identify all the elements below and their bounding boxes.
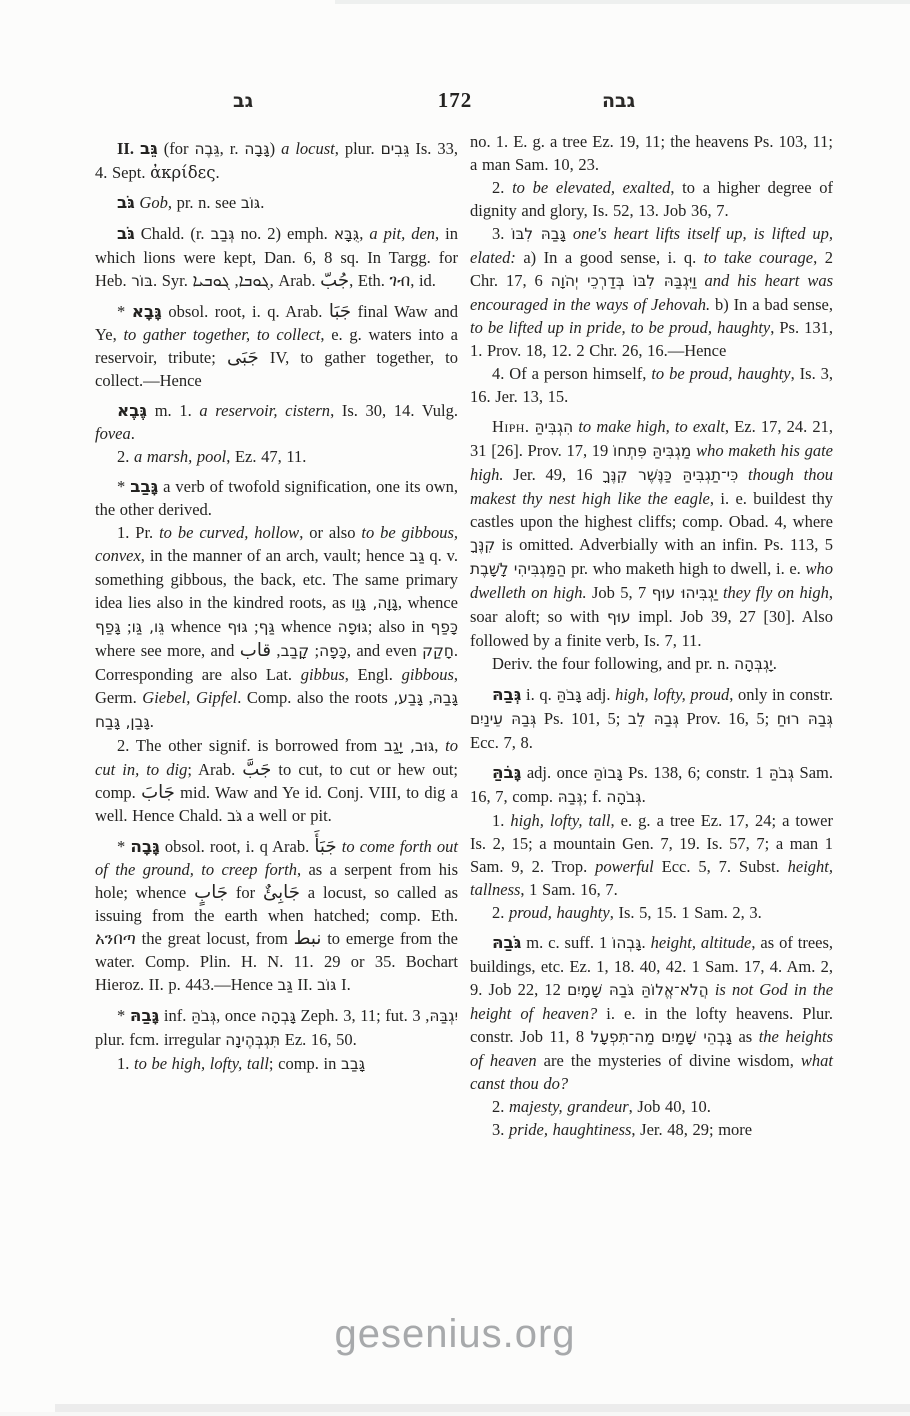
arabic-text: جَبَا (329, 301, 351, 322)
arabic-text: قاب (240, 640, 271, 661)
text: . (150, 712, 154, 731)
italic-text: fovea (95, 424, 131, 443)
italic-text: to make high, to exalt (578, 417, 725, 436)
text: , (271, 641, 281, 660)
text: 3. (492, 224, 511, 243)
text: whence (164, 617, 227, 636)
hebrew-text: גֵּבִים (381, 140, 410, 158)
text: . (260, 193, 264, 212)
text: , Arab. (270, 271, 320, 290)
text: no. 1. E. g. a tree Ez. 19, 11; the heav… (470, 132, 833, 174)
italic-text: they fly on high (723, 583, 829, 602)
hebrew-text: גָּבָה (244, 140, 269, 158)
hebrew-headword: גָּבֹהַּ (492, 762, 521, 782)
syriac-text: ܓܘܒܐ (239, 271, 270, 290)
text: , (230, 271, 239, 290)
hebrew-text: גַּב (278, 976, 293, 994)
page-number: 172 (0, 88, 910, 113)
text: a well or pit. (242, 806, 332, 825)
text: . Syr. (153, 271, 193, 290)
hebrew-text: מַה־תִּפְעָל (591, 1028, 655, 1046)
hebrew-text: גּוּף (227, 618, 247, 636)
text: m. c. suff. (521, 933, 599, 952)
hebrew-text: חָקַק (422, 642, 454, 660)
text: 2. (117, 447, 134, 466)
text: , Jer. 48, 29; more (631, 1120, 752, 1139)
text: 2. (492, 1097, 509, 1116)
text: , and even (347, 641, 422, 660)
text: . Comp. also the roots (237, 688, 393, 707)
hebrew-text: גָּוָה, גָּוַו (351, 594, 397, 612)
hebrew-text: גָּבֹהַּ (556, 686, 581, 704)
paragraph: 2. to be elevated, exalted, to a higher … (470, 176, 833, 222)
text: . (131, 424, 135, 443)
text: . (215, 163, 219, 182)
italic-text: pride, haughtiness (509, 1120, 631, 1139)
text: , pr. n. see (168, 193, 241, 212)
text: is omitted. Adverbially with an infin. P… (495, 535, 833, 554)
text: II. (293, 975, 317, 994)
text: , plur. (335, 139, 381, 158)
text: whence (275, 617, 338, 636)
text: the great locust, from (136, 929, 294, 948)
hebrew-text: גְּבַהּ רוּחַ (777, 710, 833, 728)
arabic-text: نبط (294, 928, 322, 949)
text: ; f. (583, 787, 606, 806)
hebrew-text: קִנֶּךָ (470, 536, 495, 554)
arabic-text: جُبّ (320, 270, 349, 291)
paragraph: 1. to be high, lofty, tall; comp. in גָּ… (95, 1052, 458, 1076)
text: * (117, 477, 130, 496)
bold-text: II. (117, 139, 140, 158)
text: 2. The other signif. is borrowed from (117, 736, 384, 755)
hebrew-text: גְּבֹהַּ (769, 764, 794, 782)
text: Job 5, 7 (587, 583, 652, 602)
text: 1. (117, 1054, 134, 1073)
entry-paragraph: * גָּבַהּ inf. גְּבֹהַּ, once גָּבְהָה Z… (95, 1004, 458, 1052)
hebrew-headword: גָּבַהּ (130, 1005, 159, 1025)
hebrew-text: גְּבַהּ (558, 788, 583, 806)
entry-paragraph: גֹּב Gob, pr. n. see גּוֹב. (95, 191, 458, 215)
italic-text: to be curved, hollow (159, 523, 299, 542)
paragraph: 2. a marsh, pool, Ez. 47, 11. (95, 445, 458, 468)
text: ; (309, 641, 319, 660)
hebrew-text: הַמַּגְבִּיהִי לָשָׁבֶת (470, 560, 566, 578)
hebrew-text: גּוֹב (241, 194, 260, 212)
arabic-text: جَابٍ (194, 882, 228, 903)
arabic-text: جَبَى (227, 347, 259, 368)
hebrew-text: גָּבַהּ לִבּוֹ (511, 225, 566, 243)
hebrew-text: כָּפַף (431, 618, 458, 636)
hebrew-headword: גֶּבֶא (117, 400, 147, 420)
hebrew-text: גָּבְהָה (261, 1007, 296, 1025)
text: , Eth. (349, 271, 389, 290)
text: . (773, 654, 777, 673)
italic-text: high, lofty, tall (510, 811, 610, 830)
text: as (732, 1027, 759, 1046)
italic-text: high, lofty, proud (615, 685, 729, 704)
text: , id. (410, 271, 436, 290)
text: , Ez. 47, 11. (226, 447, 306, 466)
text: m. 1. (147, 401, 199, 420)
paragraph: 3. pride, haughtiness, Jer. 48, 29; more (470, 1118, 833, 1141)
text: a) In a good sense, i. q. (516, 248, 704, 267)
hebrew-headword: גֹּב (117, 192, 135, 212)
italic-text: a reservoir, cistern (199, 401, 330, 420)
italic-text: height, altitude (651, 933, 752, 952)
entry-paragraph: גֹּב Chald. (r. גְּבַב no. 2) emph. גֻּב… (95, 222, 458, 293)
page-header: גב 172 גבה (0, 88, 910, 120)
hebrew-headword: גָּבַב (130, 476, 158, 496)
hebrew-text: גָּפַף (95, 618, 121, 636)
entry-paragraph: גָּבֹהַּ adj. once גָּבוֹהַּ Ps. 138, 6;… (470, 761, 833, 809)
paragraph: 1. high, lofty, tall, e. g. a tree Ez. 1… (470, 809, 833, 901)
text: , r. (220, 139, 245, 158)
hebrew-headword: גְּבַהּ (492, 684, 521, 704)
paragraph: Deriv. the four following, and pr. n. יָ… (470, 652, 833, 676)
arabic-text: جَبَّ (242, 759, 271, 780)
text: ; (248, 617, 259, 636)
entry-paragraph: גֹּבַהּ m. c. suff. גָּבְהוֹ 1. height, … (470, 931, 833, 1095)
entry-paragraph: Hiph. הִגְבִּיהַּ to make high, to exalt… (470, 415, 833, 652)
text: * (117, 302, 132, 321)
italic-text: a marsh, pool (134, 447, 226, 466)
text: , only in constr. (729, 685, 833, 704)
hebrew-text: גָּבַהּ (433, 689, 458, 707)
left-column: II. גֵּב (for גֵּבֶה, r. גָּבָה) a locus… (95, 130, 458, 1076)
scan-artifact-top (335, 0, 910, 4)
text: 1. Pr. (117, 523, 159, 542)
text: for (228, 883, 263, 902)
text: Ez. 16, 50. (280, 1030, 357, 1049)
paragraph: 3. גָּבַהּ לִבּוֹ one's heart lifts itse… (470, 222, 833, 362)
arabic-text: جَابِئٌ (263, 882, 300, 903)
text: obsol. root, i. q. Arab. (162, 302, 329, 321)
hebrew-text: גְּבַב (211, 225, 235, 243)
hebrew-text: גֵּו, גַּו (132, 618, 165, 636)
text: Deriv. the four following, and pr. n. (492, 654, 734, 673)
smallcaps-text: Hiph. (492, 417, 529, 436)
italic-text: majesty, grandeur (509, 1097, 629, 1116)
hebrew-text: הִגְבִּיהַּ (535, 418, 574, 436)
hebrew-text: עוּף (607, 608, 631, 626)
text: Prov. 16, 5; (679, 709, 777, 728)
hebrew-text: גְּבֹהָה (606, 788, 641, 806)
text: pr. who maketh high to dwell, i. e. (566, 559, 805, 578)
text: ; (121, 617, 132, 636)
hebrew-text: גָּבְהוֹ (612, 934, 641, 952)
paragraph: 2. proud, haughty, Is. 5, 15. 1 Sam. 2, … (470, 901, 833, 924)
header-right-keyword: גבה (602, 90, 635, 112)
hebrew-text: גֹּב (227, 807, 242, 825)
text (738, 465, 748, 484)
hebrew-text: גּוּב, יָגַב (384, 737, 434, 755)
text: i. q. (521, 685, 556, 704)
text: , 1 Sam. 16, 7. (520, 880, 617, 899)
arabic-text: جَبَأَ (314, 836, 336, 857)
scan-artifact-bottom-edge (0, 1412, 910, 1416)
text: Chald. (r. (135, 224, 211, 243)
text: b) In a bad sense, (710, 295, 833, 314)
text: I. (336, 975, 350, 994)
hebrew-text: גְּבַהּ עֵינַיִם (470, 710, 536, 728)
hebrew-text: הֲלֹא־אֱלוֹהַּ גֹּבַהּ שָׁמָיִם (567, 981, 709, 999)
hebrew-text: גְּבַהּ לֵב (628, 710, 679, 728)
hebrew-text: יִגְבַּהּ (429, 1007, 458, 1025)
text: 3. (492, 1120, 509, 1139)
text: , (423, 688, 433, 707)
text: , Job 40, 10. (629, 1097, 711, 1116)
hebrew-text: וַיִּגְבַּהּ לִבּוֹ בְּדַרְכֵי יְהֹוָה (551, 272, 697, 290)
text: ; Arab. (187, 760, 242, 779)
hebrew-text: יַגְבִּיהוּ עוּף (652, 584, 718, 602)
text: , Is. 5, 15. 1 Sam. 2, 3. (610, 903, 762, 922)
italic-text: to be proud, haughty (651, 364, 790, 383)
text: 2. (492, 178, 512, 197)
text: 4. Of a person himself, (492, 364, 651, 383)
paragraph: 1. Pr. to be curved, hollow, or also to … (95, 521, 458, 734)
italic-text: gibbous (402, 665, 454, 684)
text: , Engl. (345, 665, 402, 684)
hebrew-text: כִּי־תַגְבִּיהַּ כַּנֶּשֶׁר קִנֶּךָ (602, 466, 738, 484)
hebrew-text: גּוֹב (317, 976, 336, 994)
text: Zeph. 3, 11; fut. (296, 1006, 412, 1025)
text: inf. (159, 1006, 191, 1025)
text: , or also (299, 523, 361, 542)
text: Ps. 101, 5; (536, 709, 628, 728)
text: Ecc. 7, 8. (470, 733, 533, 752)
ethiopic-text: አንበጣ (95, 929, 136, 948)
text: ; also in (368, 617, 431, 636)
text: * (117, 837, 130, 856)
hebrew-headword: גֵּב (140, 138, 158, 158)
hebrew-headword: גָּבָה (130, 836, 159, 856)
text: adj. (582, 685, 616, 704)
hebrew-text: יָגְבְּהָה (734, 655, 773, 673)
greek-text: ἀκρίδες (150, 163, 215, 182)
italic-text: a pit, den (369, 224, 435, 243)
italic-text: to take courage (704, 248, 813, 267)
italic-text: to gather together, to collect (123, 325, 320, 344)
ethiopic-text: ገብ (390, 271, 411, 290)
italic-text: gibbus (301, 665, 345, 684)
text: Ps. 138, 6; constr. (623, 763, 755, 782)
paragraph: 4. Of a person himself, to be proud, hau… (470, 362, 833, 408)
arabic-text: جَابَ (141, 782, 175, 803)
hebrew-headword: גֹּב (117, 223, 135, 243)
hebrew-text: גָּבַב (341, 1055, 365, 1073)
text: * (117, 1006, 130, 1025)
text: (for (158, 139, 195, 158)
text: , in the manner of an arch, vault; hence (141, 546, 410, 565)
text: where see more, and (95, 641, 240, 660)
text: Jer. 49, 16 (503, 465, 602, 484)
text: , (359, 224, 369, 243)
text: ) (270, 139, 281, 158)
italic-text: to be lifted up in pride, to be proud, h… (470, 318, 770, 337)
paragraph: 2. majesty, grandeur, Job 40, 10. (470, 1095, 833, 1118)
syriac-text: ܓܘܒܝܐ (192, 271, 229, 290)
hebrew-text: גֻּבָּא (334, 225, 359, 243)
text: , whence (398, 593, 458, 612)
hebrew-text: בּוֹר (131, 272, 153, 290)
text: Ecc. 5, 7. Subst. (654, 857, 788, 876)
paragraph: 2. The other signif. is borrowed from גּ… (95, 734, 458, 828)
hebrew-text: כָּפָה (319, 642, 347, 660)
hebrew-text: מַגְבִּיהַּ פִּתְחוֹ (613, 442, 691, 460)
text: , (434, 736, 445, 755)
entry-paragraph: * גָּבָה obsol. root, i. q Arab. جَبَأَ … (95, 835, 458, 997)
text: no. 2) emph. (235, 224, 334, 243)
text: . (642, 787, 646, 806)
entry-paragraph: גֶּבֶא m. 1. a reservoir, cistern, Is. 3… (95, 399, 458, 445)
italic-text: to be high, lofty, tall (134, 1054, 269, 1073)
text: 1. (492, 811, 510, 830)
entry-paragraph: * גָּבַב a verb of twofold signification… (95, 475, 458, 521)
hebrew-headword: גָּבָא (132, 301, 162, 321)
text: are the mysteries of divine wisdom, (537, 1051, 801, 1070)
hebrew-text: גַּב (409, 547, 424, 565)
text (566, 224, 573, 243)
hebrew-headword: גֹּבַהּ (492, 932, 521, 952)
italic-text: a locust (281, 139, 335, 158)
hebrew-text: קָבַב (281, 642, 310, 660)
hebrew-text: גָּבוֹהַּ (593, 764, 622, 782)
italic-text: Giebel, Gipfel (142, 688, 237, 707)
right-column: no. 1. E. g. a tree Ez. 19, 11; the heav… (470, 130, 833, 1141)
text: obsol. root, i. q Arab. (160, 837, 315, 856)
entry-paragraph: גְּבַהּ i. q. גָּבֹהַּ adj. high, lofty,… (470, 683, 833, 754)
text: 2. (492, 903, 509, 922)
paragraph: no. 1. E. g. a tree Ez. 19, 11; the heav… (470, 130, 833, 176)
scanned-lexicon-page: גב 172 גבה gesenius.org II. גֵּב (for גֵ… (0, 0, 910, 1416)
text: , once (216, 1006, 261, 1025)
hebrew-text: גָּבְהֵי שָׁמַיִם (661, 1028, 732, 1046)
hebrew-text: תִּגְבְּהֶינָה (225, 1031, 280, 1049)
italic-text: to be elevated, exalted (512, 178, 670, 197)
entry-paragraph: * גָּבָא obsol. root, i. q. Arab. جَبَا … (95, 300, 458, 392)
italic-text: Gob (139, 193, 167, 212)
text: adj. once (521, 763, 593, 782)
hebrew-text: גּוּפָה (338, 618, 368, 636)
text: ; comp. in (269, 1054, 341, 1073)
hebrew-text: גְּבֹהַּ (191, 1007, 216, 1025)
hebrew-text: גֵּבֶה (194, 140, 219, 158)
hebrew-text: גַּף (259, 618, 275, 636)
scan-artifact-bottom (55, 1404, 910, 1412)
italic-text: powerful (595, 857, 654, 876)
text (697, 271, 705, 290)
watermark: gesenius.org (0, 1312, 910, 1357)
italic-text: proud, haughty (509, 903, 610, 922)
entry-paragraph: II. גֵּב (for גֵּבֶה, r. גָּבָה) a locus… (95, 137, 458, 184)
text: , Is. 30, 14. Vulg. (330, 401, 458, 420)
